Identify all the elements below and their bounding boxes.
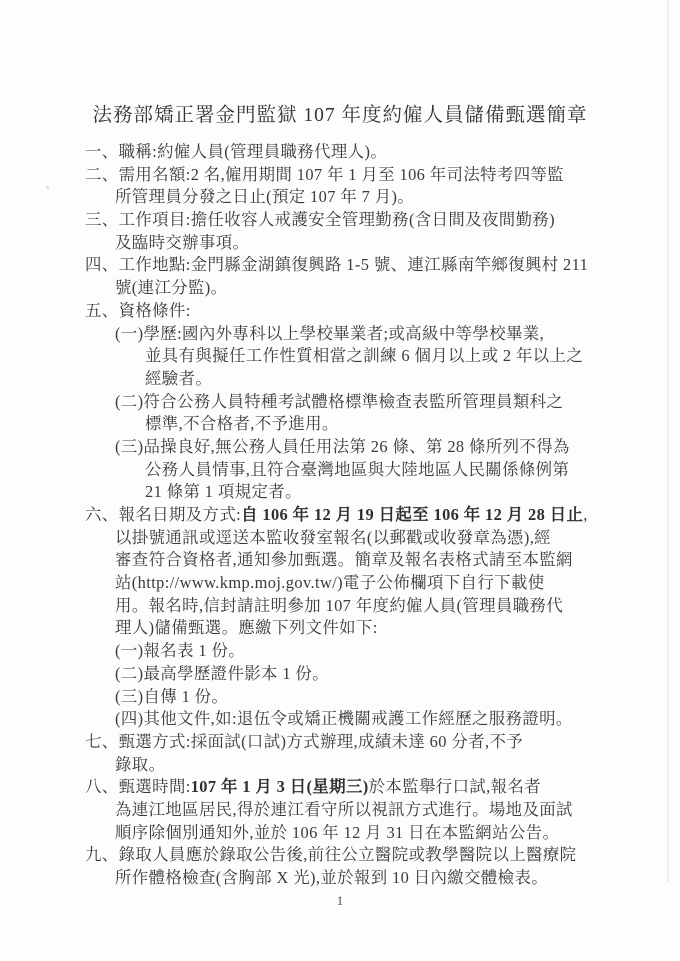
document-line: 審查符合資格者,通知參加甄選。簡章及報名表格式請至本監網 [115,549,645,572]
page-number: 1 [0,894,680,909]
document-line: 經驗者。 [145,368,645,391]
document-line-segment: 標準,不合格者,不予進用。 [145,414,339,433]
document-line-segment: 經驗者。 [145,369,212,388]
document-line-segment: 理人)儲備甄選。應繳下列文件如下: [115,618,378,637]
document-line-segment: (三)品操良好,無公務人員任用法第 26 條、第 28 條所列不得為 [115,437,570,456]
document-line-segment: 所管理員分發之日止(預定 107 年 7 月)。 [115,187,414,206]
document-line-segment: 二、需用名額:2 名,僱用期間 107 年 1 月至 106 年司法特考四等監 [85,165,564,184]
document-line-segment: 五、資格條件: [85,301,191,320]
document-line-segment: (二)最高學歷證件影本 1 份。 [115,664,329,683]
document-line: 用。報名時,信封請註明參加 107 年度約僱人員(管理員職務代 [115,595,645,618]
document-line: 標準,不合格者,不予進用。 [145,413,645,436]
document-line-segment: 用。報名時,信封請註明參加 107 年度約僱人員(管理員職務代 [115,596,563,615]
document-line-segment: 九、錄取人員應於錄取公告後,前往公立醫院或教學醫院以上醫療院 [85,845,576,864]
document-line: 五、資格條件: [85,300,645,323]
document-line-segment: (一)報名表 1 份。 [115,641,245,660]
document-line: (三)品操良好,無公務人員任用法第 26 條、第 28 條所列不得為 [115,436,645,459]
document-line: 一、職稱:約僱人員(管理員職務代理人)。 [85,141,645,164]
document-line-segment: (三)自傳 1 份。 [115,687,228,706]
document-title: 法務部矯正署金門監獄 107 年度約僱人員儲備甄選簡章 [0,99,680,127]
document-line-segment: 以掛號通訊或逕送本監收發室報名(以郵戳或收發章為憑),經 [115,528,551,547]
document-line: 理人)儲備甄選。應繳下列文件如下: [115,617,645,640]
document-line: 所作體格檢查(含胸部 X 光),並於報到 10 日內繳交體檢表。 [115,867,645,890]
document-line-segment: 所作體格檢查(含胸部 X 光),並於報到 10 日內繳交體檢表。 [115,868,548,887]
document-line-segment: 四、工作地點:金門縣金湖鎮復興路 1-5 號、連江縣南竿鄉復興村 211 [85,255,588,274]
document-line-segment: 七、甄選方式:採面試(口試)方式辦理,成績未達 60 分者,不予 [85,732,523,751]
document-line-segment: (二)符合公務人員特種考試體格標準檢查表監所管理員類科之 [115,392,563,411]
document-line-segment: 及臨時交辦事項。 [115,233,249,252]
document-line: 及臨時交辦事項。 [115,232,645,255]
scan-artifact-speck [46,186,49,189]
document-line-segment: 號(連江分監)。 [115,278,227,297]
document-line-segment: , [583,505,588,524]
document-line-segment: (四)其他文件,如:退伍令或矯正機關戒護工作經歷之服務證明。 [115,709,573,728]
document-line: 號(連江分監)。 [115,277,645,300]
document-line-segment: 八、甄選時間: [85,777,191,796]
document-line: 順序除個別通知外,並於 106 年 12 月 31 日在本監網站公告。 [115,822,645,845]
document-line: 七、甄選方式:採面試(口試)方式辦理,成績未達 60 分者,不予 [85,731,645,754]
document-line: (一)學歷:國內外專科以上學校畢業者;或高級中等學校畢業, [115,323,645,346]
document-line-segment: 審查符合資格者,通知參加甄選。簡章及報名表格式請至本監網 [115,550,573,569]
document-line: (一)報名表 1 份。 [115,640,645,663]
document-line-segment: 並具有與擬任工作性質相當之訓練 6 個月以上或 2 年以上之 [145,346,583,365]
document-line: 二、需用名額:2 名,僱用期間 107 年 1 月至 106 年司法特考四等監 [85,164,645,187]
document-line-segment: 錄取。 [115,755,165,774]
document-line: 21 條第 1 項規定者。 [145,481,645,504]
document-page: 法務部矯正署金門監獄 107 年度約僱人員儲備甄選簡章 一、職稱:約僱人員(管理… [0,0,680,961]
document-line-segment: 於本監舉行口試,報名者 [369,777,541,796]
document-line: (二)最高學歷證件影本 1 份。 [115,663,645,686]
document-line-segment: 三、工作項目:擔任收容人戒護安全管理勤務(含日間及夜間勤務) [85,210,555,229]
document-line: 為連江地區居民,得於連江看守所以視訊方式進行。場地及面試 [115,799,645,822]
document-line-segment: 21 條第 1 項規定者。 [145,482,302,501]
document-line-segment: 為連江地區居民,得於連江看守所以視訊方式進行。場地及面試 [115,800,573,819]
document-line-segment: 一、職稱:約僱人員(管理員職務代理人)。 [85,142,387,161]
document-line-bold-segment: 107 年 1 月 3 日(星期三) [191,777,369,796]
document-line-segment: 站(http://www.kmp.moj.gov.tw/)電子公佈欄項下自行下載… [115,573,545,592]
scan-artifact-edge-line [667,0,669,882]
document-line: 三、工作項目:擔任收容人戒護安全管理勤務(含日間及夜間勤務) [85,209,645,232]
document-line: 站(http://www.kmp.moj.gov.tw/)電子公佈欄項下自行下載… [115,572,645,595]
document-line: (三)自傳 1 份。 [115,686,645,709]
document-line: 錄取。 [115,754,645,777]
document-line-segment: (一)學歷:國內外專科以上學校畢業者;或高級中等學校畢業, [115,324,544,343]
document-line: (四)其他文件,如:退伍令或矯正機關戒護工作經歷之服務證明。 [115,708,645,731]
document-line: 並具有與擬任工作性質相當之訓練 6 個月以上或 2 年以上之 [145,345,645,368]
document-line: 以掛號通訊或逕送本監收發室報名(以郵戳或收發章為憑),經 [115,527,645,550]
document-line-segment: 公務人員情事,且符合臺灣地區與大陸地區人民關係條例第 [145,460,569,479]
document-line: 九、錄取人員應於錄取公告後,前往公立醫院或教學醫院以上醫療院 [85,844,645,867]
document-line: 公務人員情事,且符合臺灣地區與大陸地區人民關係條例第 [145,459,645,482]
document-line: 所管理員分發之日止(預定 107 年 7 月)。 [115,186,645,209]
document-line-bold-segment: 自 106 年 12 月 19 日起至 106 年 12 月 28 日止 [241,505,583,524]
document-line-segment: 順序除個別通知外,並於 106 年 12 月 31 日在本監網站公告。 [115,823,559,842]
document-line: 四、工作地點:金門縣金湖鎮復興路 1-5 號、連江縣南竿鄉復興村 211 [85,254,645,277]
document-line: 八、甄選時間:107 年 1 月 3 日(星期三)於本監舉行口試,報名者 [85,776,645,799]
document-line-segment: 六、報名日期及方式: [85,505,241,524]
document-body: 一、職稱:約僱人員(管理員職務代理人)。二、需用名額:2 名,僱用期間 107 … [85,141,645,890]
document-line: 六、報名日期及方式:自 106 年 12 月 19 日起至 106 年 12 月… [85,504,645,527]
document-line: (二)符合公務人員特種考試體格標準檢查表監所管理員類科之 [115,391,645,414]
